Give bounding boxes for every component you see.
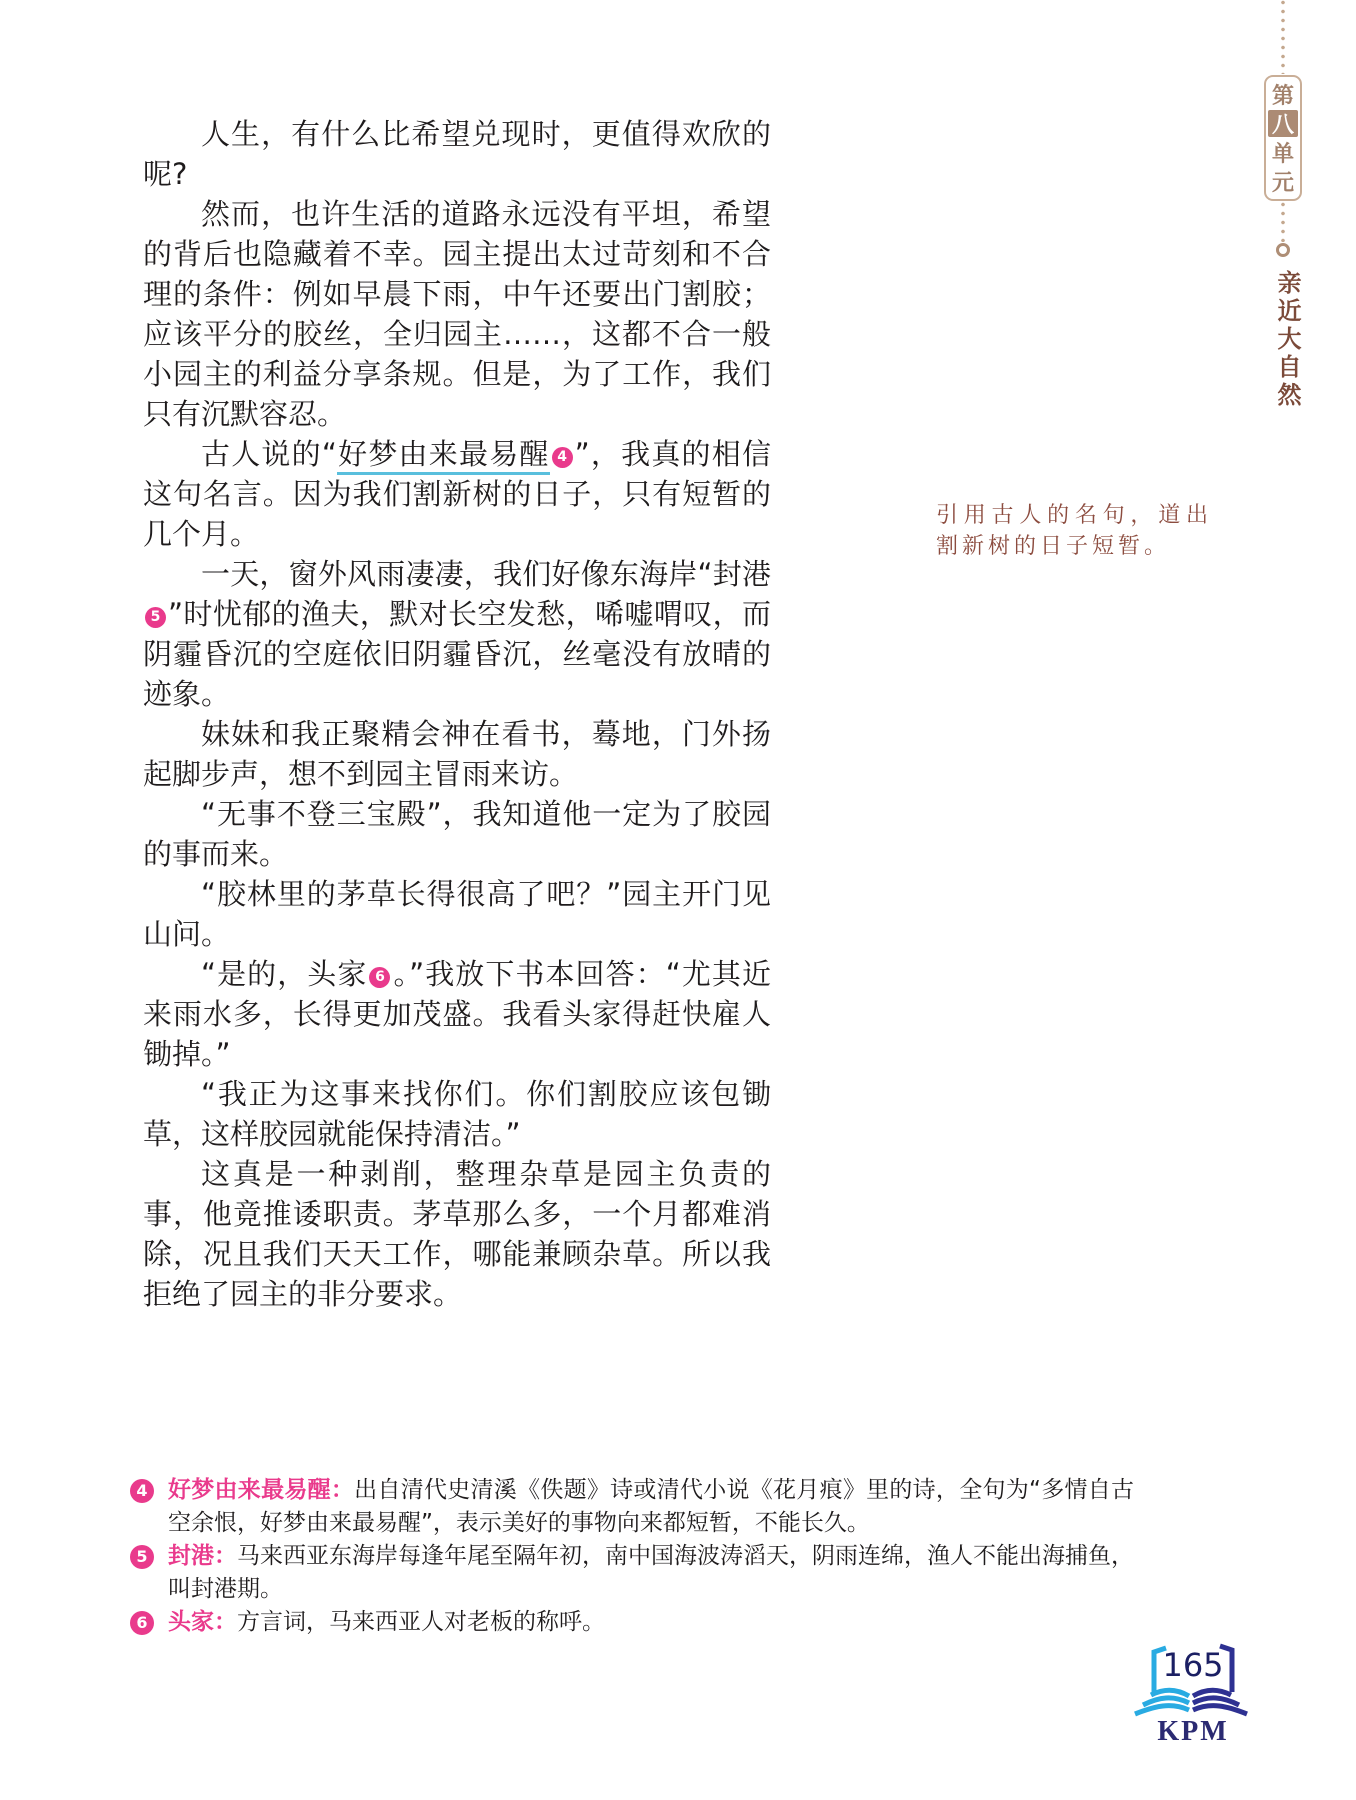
open-book-icon: 165 bbox=[1126, 1640, 1260, 1722]
footnote-ref-badge-6: 6 bbox=[369, 967, 390, 988]
unit-ring-icon bbox=[1276, 243, 1290, 257]
paragraph-text: ”时忧郁的渔夫，默对长空发愁，唏嘘喟叹，而阴霾昏沉的空庭依旧阴霾昏沉，丝毫没有放… bbox=[143, 597, 771, 711]
footnote-text: 方言词，马来西亚人对老板的称呼。 bbox=[237, 1609, 605, 1635]
kpm-logo: 165 KPM bbox=[1126, 1640, 1260, 1748]
paragraph-text: 古人说的“ bbox=[201, 437, 337, 471]
paragraph-text: “无事不登三宝殿”，我知道他一定为了胶园的事而来。 bbox=[143, 797, 771, 871]
paragraph-text: 一天，窗外风雨凄凄，我们好像东海岸“封港 bbox=[201, 557, 771, 591]
paragraph-text: “胶林里的茅草长得很高了吧？”园主开门见山问。 bbox=[143, 877, 771, 951]
paragraph: 古人说的“好梦由来最易醒4”，我真的相信这句名言。因为我们割新树的日子，只有短暂… bbox=[143, 434, 771, 554]
footnote-term: 好梦由来最易醒： bbox=[168, 1477, 354, 1503]
unit-dotted-line-bottom bbox=[1281, 202, 1285, 242]
page-number: 165 bbox=[1162, 1646, 1223, 1684]
paragraph: “是的，头家6。”我放下书本回答：“尤其近来雨水多，长得更加茂盛。我看头家得赶快… bbox=[143, 954, 771, 1074]
footnote-item: 4好梦由来最易醒：出自清代史清溪《佚题》诗或清代小说《花月痕》里的诗，全句为“多… bbox=[130, 1474, 1134, 1540]
footnote-text: 马来西亚东海岸每逢年尾至隔年初，南中国海波涛滔天，阴雨连绵，渔人不能出海捕鱼，叫… bbox=[168, 1543, 1134, 1602]
quoted-phrase: 好梦由来最易醒 bbox=[337, 437, 550, 475]
textbook-page: 第 八 单 元 亲近大自然 人生，有什么比希望兑现时，更值得欢欣的呢? 然而，也… bbox=[0, 0, 1356, 1800]
unit-tab-char: 第 bbox=[1268, 81, 1298, 108]
body-text: 人生，有什么比希望兑现时，更值得欢欣的呢? 然而，也许生活的道路永远没有平坦，希… bbox=[143, 114, 771, 1314]
paragraph-text: 然而，也许生活的道路永远没有平坦，希望的背后也隐藏着不幸。园主提出太过苛刻和不合… bbox=[143, 197, 771, 431]
paragraph-text: 这真是一种剥削，整理杂草是园主负责的事，他竟推诿职责。茅草那么多，一个月都难消除… bbox=[143, 1157, 771, 1311]
paragraph-text: “我正为这事来找你们。你们割胶应该包锄草，这样胶园就能保持清洁。” bbox=[143, 1077, 771, 1151]
paragraph: 一天，窗外风雨凄凄，我们好像东海岸“封港5”时忧郁的渔夫，默对长空发愁，唏嘘喟叹… bbox=[143, 554, 771, 714]
unit-tab-char: 元 bbox=[1268, 168, 1298, 195]
paragraph: “我正为这事来找你们。你们割胶应该包锄草，这样胶园就能保持清洁。” bbox=[143, 1074, 771, 1154]
paragraph-text: “是的，头家 bbox=[201, 957, 367, 991]
paragraph: 人生，有什么比希望兑现时，更值得欢欣的呢? bbox=[143, 114, 771, 194]
margin-annotation: 引用古人的名句，道出割新树的日子短暂。 bbox=[936, 500, 1212, 562]
footnotes-section: 4好梦由来最易醒：出自清代史清溪《佚题》诗或清代小说《花月痕》里的诗，全句为“多… bbox=[130, 1474, 1134, 1639]
paragraph: “胶林里的茅草长得很高了吧？”园主开门见山问。 bbox=[143, 874, 771, 954]
paragraph: 这真是一种剥削，整理杂草是园主负责的事，他竟推诿职责。茅草那么多，一个月都难消除… bbox=[143, 1154, 771, 1314]
kpm-label: KPM bbox=[1126, 1716, 1260, 1748]
unit-theme-label: 亲近大自然 bbox=[1270, 270, 1305, 440]
paragraph-text: 妹妹和我正聚精会神在看书，蓦地，门外扬起脚步声，想不到园主冒雨来访。 bbox=[143, 717, 771, 791]
paragraph: 妹妹和我正聚精会神在看书，蓦地，门外扬起脚步声，想不到园主冒雨来访。 bbox=[143, 714, 771, 794]
footnote-number-badge: 5 bbox=[130, 1545, 154, 1569]
unit-tab: 第 八 单 元 bbox=[1264, 75, 1302, 201]
footnote-term: 头家： bbox=[168, 1609, 237, 1635]
footnote-ref-badge-4: 4 bbox=[552, 447, 573, 468]
footnote-ref-badge-5: 5 bbox=[145, 607, 166, 628]
paragraph-text: 人生，有什么比希望兑现时，更值得欢欣的呢? bbox=[143, 117, 771, 191]
unit-dotted-line-top bbox=[1281, 0, 1285, 74]
unit-tab-char-highlight: 八 bbox=[1268, 110, 1298, 137]
paragraph: 然而，也许生活的道路永远没有平坦，希望的背后也隐藏着不幸。园主提出太过苛刻和不合… bbox=[143, 194, 771, 434]
footnote-term: 封港： bbox=[168, 1543, 237, 1569]
paragraph: “无事不登三宝殿”，我知道他一定为了胶园的事而来。 bbox=[143, 794, 771, 874]
footnote-item: 5封港：马来西亚东海岸每逢年尾至隔年初，南中国海波涛滔天，阴雨连绵，渔人不能出海… bbox=[130, 1540, 1134, 1606]
footnote-number-badge: 6 bbox=[130, 1611, 154, 1635]
footnote-item: 6头家：方言词，马来西亚人对老板的称呼。 bbox=[130, 1606, 1134, 1639]
unit-tab-char: 单 bbox=[1268, 139, 1298, 166]
footnote-number-badge: 4 bbox=[130, 1479, 154, 1503]
